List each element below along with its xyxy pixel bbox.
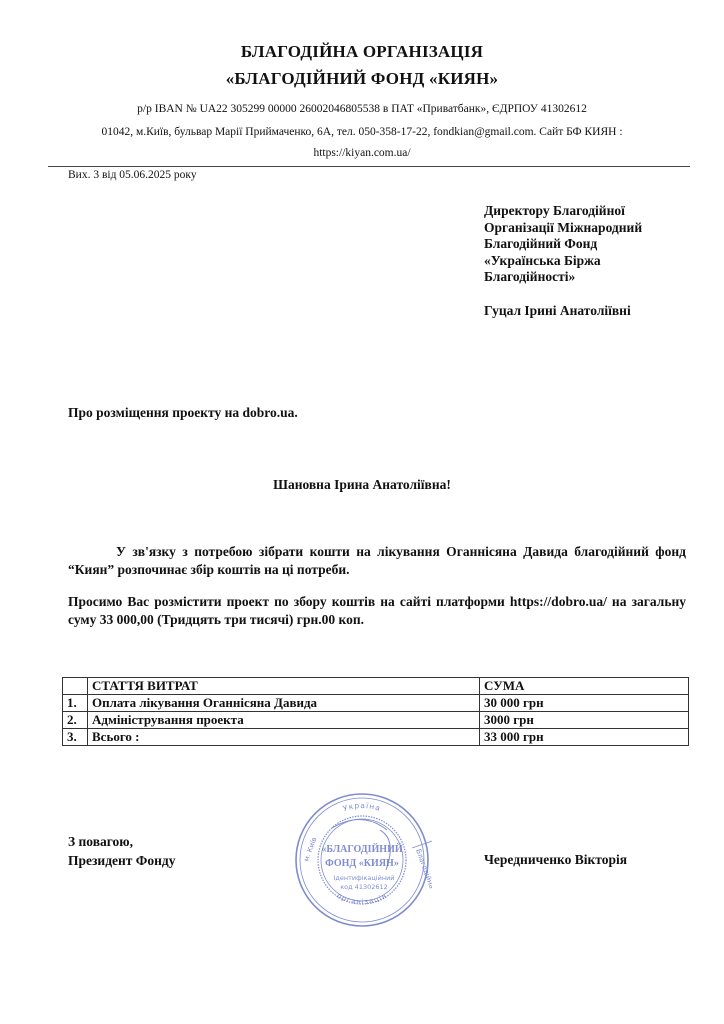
table-row: 3. Всього : 33 000 грн	[63, 729, 689, 746]
table-header-row: СТАТТЯ ВИТРАТ СУМА	[63, 678, 689, 695]
row-item: Оплата лікування Оганнісяна Давида	[88, 695, 480, 712]
stamp-id-line2: код 41302612	[340, 883, 388, 891]
addressee-line: Благодійний Фонд	[484, 236, 642, 253]
address-details: 01042, м.Київ, бульвар Марії Приймаченко…	[0, 126, 724, 138]
row-item: Адміністрування проекта	[88, 712, 480, 729]
org-title-line2: «БЛАГОДІЙНИЙ ФОНД «КИЯН»	[0, 69, 724, 89]
row-item: Всього :	[88, 729, 480, 746]
bank-details: р/р IBAN № UA22 305299 00000 26002046805…	[0, 103, 724, 115]
svg-text:організація: організація	[336, 892, 389, 906]
organization-stamp: Україна організація м. Київ Благодійна «…	[292, 790, 432, 930]
stamp-id-line1: Ідентифікаційний	[333, 874, 394, 882]
row-amount: 30 000 грн	[480, 695, 689, 712]
table-header-cell: СУМА	[480, 678, 689, 695]
paragraph-request: Просимо Вас розмістити проект по збору к…	[68, 593, 686, 629]
signer-position: Президент Фонду	[68, 851, 176, 870]
closing-block: З повагою, Президент Фонду	[68, 832, 176, 870]
addressee-line: Благодійності»	[484, 269, 642, 286]
website-link[interactable]: https://kiyan.com.ua/	[0, 147, 724, 159]
row-amount: 33 000 грн	[480, 729, 689, 746]
addressee-line: «Українська Біржа	[484, 253, 642, 270]
paragraph-purpose: У зв'язку з потребою зібрати кошти на лі…	[68, 543, 686, 579]
signer-name: Чередниченко Вікторія	[484, 851, 627, 869]
svg-text:Україна: Україна	[342, 801, 382, 813]
stamp-center-line2: ФОНД «КИЯН»	[325, 858, 399, 869]
stamp-bottom-text: організація	[336, 892, 389, 906]
addressee-line: Організації Міжнародний	[484, 220, 642, 237]
stamp-left-text: м. Київ	[302, 836, 318, 863]
table-header-cell: СТАТТЯ ВИТРАТ	[88, 678, 480, 695]
closing-regards: З повагою,	[68, 832, 176, 851]
outgoing-reference: Вих. 3 від 05.06.2025 року	[68, 169, 197, 181]
stamp-top-text: Україна	[342, 801, 382, 813]
table-header-cell	[63, 678, 88, 695]
costs-table: СТАТТЯ ВИТРАТ СУМА 1. Оплата лікування О…	[62, 677, 689, 746]
salutation: Шановна Ірина Анатоліївна!	[0, 476, 724, 494]
addressee-name: Гуцал Ірині Анатоліївні	[484, 303, 642, 320]
row-number: 3.	[63, 729, 88, 746]
stamp-center-line1: «БЛАГОДІЙНИЙ	[321, 843, 403, 855]
row-number: 1.	[63, 695, 88, 712]
row-number: 2.	[63, 712, 88, 729]
table-row: 2. Адміністрування проекта 3000 грн	[63, 712, 689, 729]
addressee-block: Директору Благодійної Організації Міжнар…	[484, 203, 642, 319]
org-title-line1: БЛАГОДІЙНА ОРГАНІЗАЦІЯ	[0, 42, 724, 62]
row-amount: 3000 грн	[480, 712, 689, 729]
addressee-line: Директору Благодійної	[484, 203, 642, 220]
header-divider	[48, 166, 690, 167]
table-row: 1. Оплата лікування Оганнісяна Давида 30…	[63, 695, 689, 712]
letter-subject: Про розміщення проекту на dobro.ua.	[68, 404, 298, 422]
